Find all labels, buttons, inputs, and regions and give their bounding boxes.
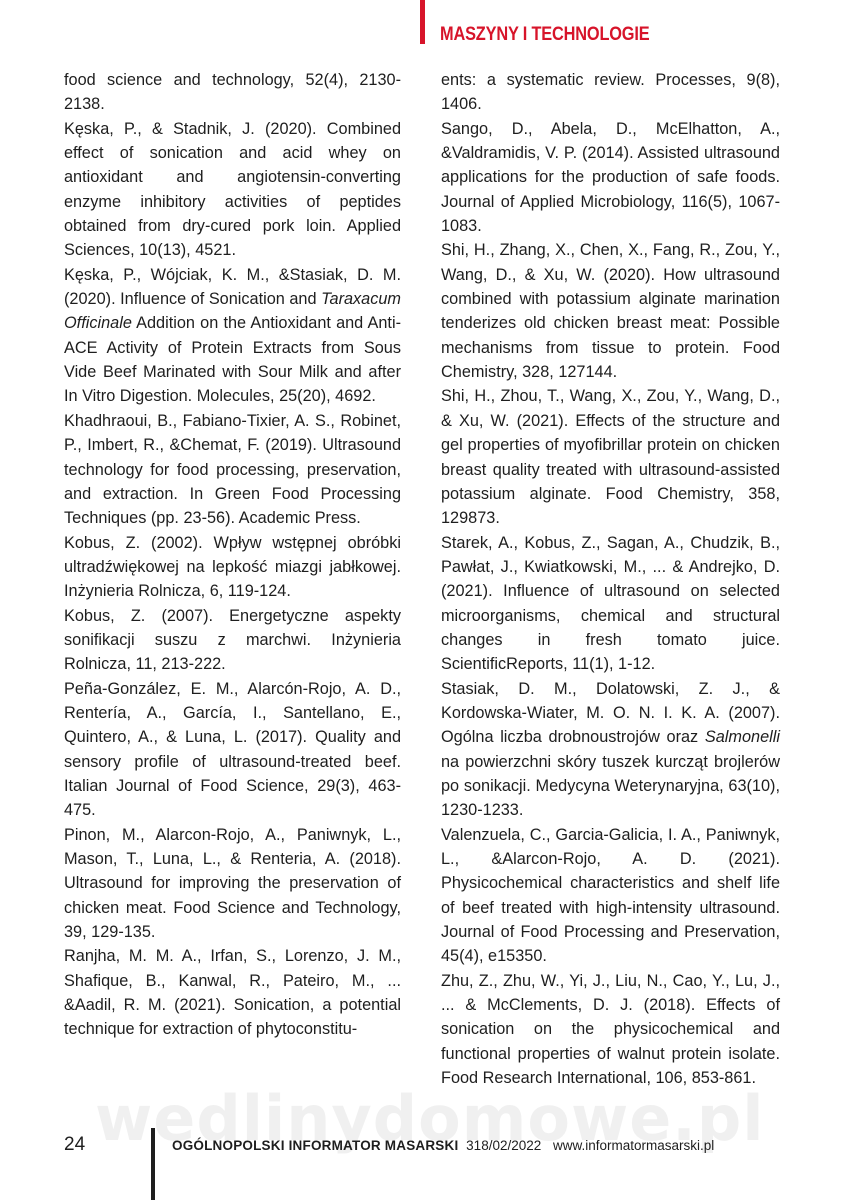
reference-item: Valenzuela, C., Garcia-Galicia, I. A., P… [441, 823, 780, 969]
section-title: MASZYNY I TECHNOLOGIE [440, 24, 649, 46]
reference-item: Shi, H., Zhou, T., Wang, X., Zou, Y., Wa… [441, 384, 780, 530]
reference-item: food science and technology, 52(4), 2130… [64, 68, 401, 117]
reference-item: Zhu, Z., Zhu, W., Yi, J., Liu, N., Cao, … [441, 969, 780, 1091]
references-right-column: ents: a systematic review. Processes, 9(… [441, 68, 780, 1090]
issue-number: 318/02/2022 [466, 1138, 541, 1153]
reference-item: Shi, H., Zhang, X., Chen, X., Fang, R., … [441, 238, 780, 384]
reference-item: Stasiak, D. M., Dolatowski, Z. J., & Kor… [441, 677, 780, 823]
website-link[interactable]: www.informatormasarski.pl [553, 1138, 714, 1153]
reference-item: Kęska, P., & Stadnik, J. (2020). Combine… [64, 117, 401, 263]
reference-item: Sango, D., Abela, D., McElhatton, A., &V… [441, 117, 780, 239]
reference-item: Starek, A., Kobus, Z., Sagan, A., Chudzi… [441, 531, 780, 677]
page-number: 24 [64, 1134, 85, 1156]
footer-divider [151, 1128, 155, 1200]
reference-item: Pinon, M., Alarcon-Rojo, A., Paniwnyk, L… [64, 823, 401, 945]
reference-item: Khadhraoui, B., Fabiano-Tixier, A. S., R… [64, 409, 401, 531]
publication-name: OGÓLNOPOLSKI INFORMATOR MASARSKI [172, 1138, 458, 1153]
reference-item: Kęska, P., Wójciak, K. M., &Stasiak, D. … [64, 263, 401, 409]
reference-item: Peña-González, E. M., Alarcón-Rojo, A. D… [64, 677, 401, 823]
header-accent-bar [420, 0, 425, 44]
reference-item: ents: a systematic review. Processes, 9(… [441, 68, 780, 117]
reference-item: Ranjha, M. M. A., Irfan, S., Lorenzo, J.… [64, 944, 401, 1041]
species-name: Salmonelli [705, 728, 780, 746]
reference-text: na powierzchni skóry tuszek kurcząt broj… [441, 753, 780, 820]
references-left-column: food science and technology, 52(4), 2130… [64, 68, 401, 1042]
footer: OGÓLNOPOLSKI INFORMATOR MASARSKI 318/02/… [172, 1138, 714, 1153]
reference-item: Kobus, Z. (2002). Wpływ wstępnej obróbki… [64, 531, 401, 604]
reference-item: Kobus, Z. (2007). Energetyczne aspekty s… [64, 604, 401, 677]
